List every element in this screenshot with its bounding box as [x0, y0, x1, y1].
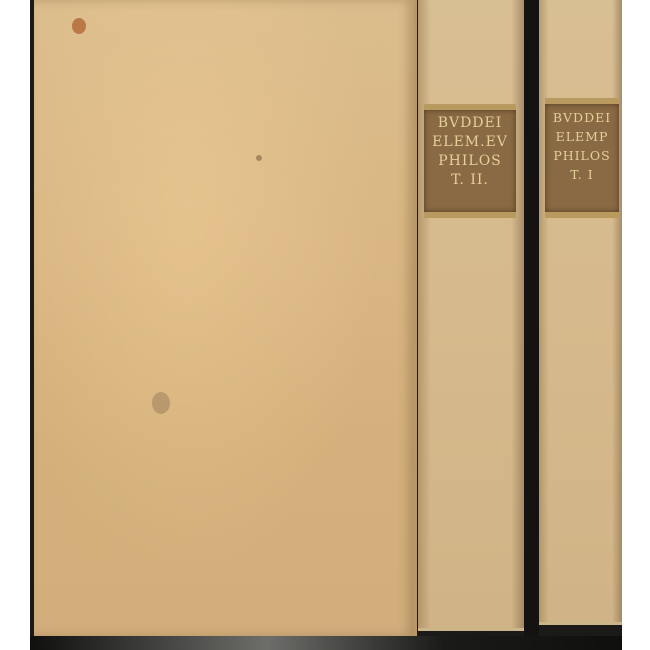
spine-label: BVDDEI ELEM.EV PHILOS T. II.: [424, 104, 516, 218]
label-line: ELEM.EV: [424, 133, 516, 152]
label-line: BVDDEI: [424, 114, 516, 133]
spine-label: BVDDEI ELEMP PHILOS T. I: [545, 98, 619, 218]
rust-stain: [72, 18, 86, 34]
label-line: T. I: [545, 165, 619, 184]
surface: [30, 636, 622, 650]
label-line: T. II.: [424, 171, 516, 190]
foxing-spot: [256, 155, 262, 161]
label-line: PHILOS: [424, 152, 516, 171]
book-front-cover: [34, 0, 417, 639]
spine-volume-1: BVDDEI ELEMP PHILOS T. I: [539, 0, 622, 625]
shadow-gap: [524, 0, 539, 650]
label-line: PHILOS: [545, 146, 619, 165]
label-line: BVDDEI: [545, 108, 619, 127]
foxing-spot: [152, 392, 170, 414]
book-photo: BVDDEI ELEM.EV PHILOS T. II. BVDDEI ELEM…: [30, 0, 622, 650]
label-line: ELEMP: [545, 127, 619, 146]
spine-volume-2: BVDDEI ELEM.EV PHILOS T. II.: [418, 0, 524, 631]
